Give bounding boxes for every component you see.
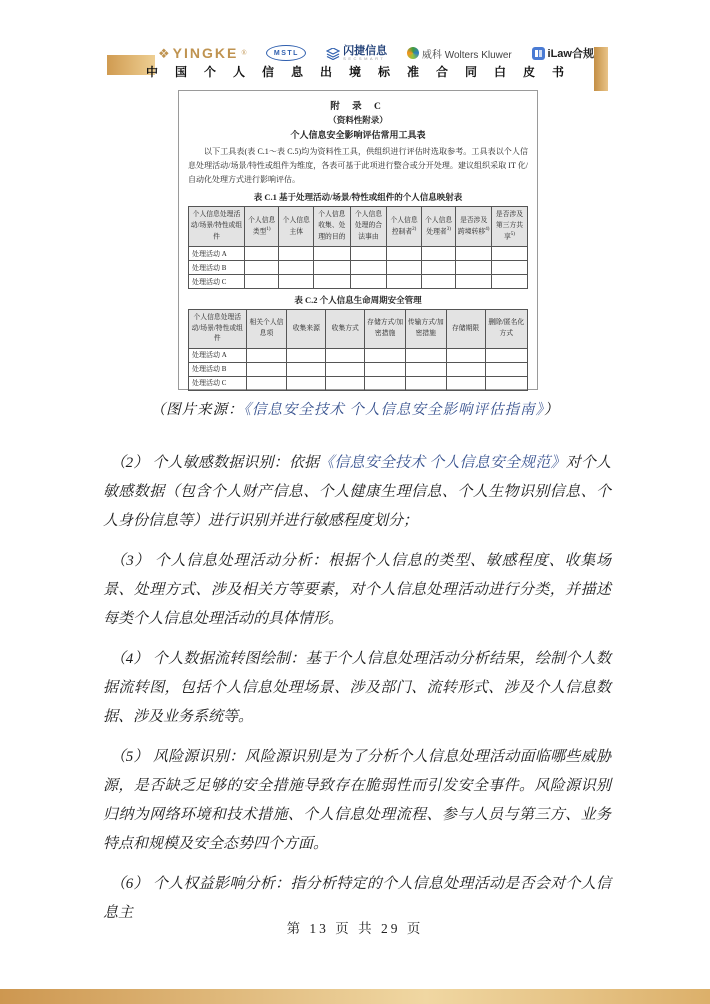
table-cell [387,247,422,261]
table-cell [365,362,406,376]
gold-accent-bar-bottom [0,989,710,1004]
appendix-type: （资料性附录） [188,114,528,126]
paragraph-3: （3） 个人信息处理活动分析：根据个人信息的类型、敏感程度、收集场景、处理方式、… [103,547,611,634]
table-c1-header: 个人信息控制者2) [387,207,422,247]
table-c2: 个人信息处理活动/场景/特性或组件 相关个人信息项 收集来源 收集方式 存储方式… [188,309,528,391]
table-c2-header-row: 个人信息处理活动/场景/特性或组件 相关个人信息项 收集来源 收集方式 存储方式… [189,310,528,349]
table-cell [491,275,527,289]
body-text: （2） 个人敏感数据识别：依据《信息安全技术 个人信息安全规范》对个人敏感数据（… [103,449,611,939]
paragraph-4: （4） 个人数据流转图绘制：基于个人信息处理活动分析结果，绘制个人数据流转图，包… [103,645,611,732]
table-c1-header: 个人信息类型1) [244,207,279,247]
table-cell [287,348,326,362]
table-cell [279,275,314,289]
table-cell [485,348,527,362]
table-row: 处理活动 B [189,261,528,275]
table-cell [350,275,387,289]
table-cell [421,261,456,275]
table-cell [387,261,422,275]
table-cell [405,348,446,362]
table-c1-header: 是否涉及跨境转移4) [456,207,492,247]
standard-title-link: 《信息安全技术 个人信息安全规范》 [319,455,565,471]
registered-mark: ® [241,49,246,57]
table-cell [244,247,279,261]
table-c1: 个人信息处理活动/场景/特性或组件 个人信息类型1) 个人信息主体 个人信息收集… [188,206,528,289]
table-cell [279,261,314,275]
table-c2-header: 存储方式/加密措施 [365,310,406,349]
table-cell [421,247,456,261]
yingke-logo: ❖ YINGKE ® [158,45,247,61]
wolters-kluwer-logo-text: 威科 Wolters Kluwer [422,46,512,61]
table-cell [421,275,456,289]
table-cell [365,348,406,362]
wolters-kluwer-logo: 威科 Wolters Kluwer [407,46,512,61]
table-cell [350,247,387,261]
table-c2-header: 收集来源 [287,310,326,349]
row-label: 处理活动 B [189,362,247,376]
mstl-oval-badge: MSTL [266,45,306,61]
secsmart-logo-subtext: SECSMART [343,57,387,61]
table-cell [387,275,422,289]
table-cell [405,376,446,390]
gem-icon: ❖ [158,47,170,60]
table-cell [456,247,492,261]
wolters-kluwer-wheel-icon [407,47,419,59]
table-cell [326,348,365,362]
row-label: 处理活动 C [189,275,245,289]
document-page: ❖ YINGKE ® MSTL 闪捷信息 SECSMART 威科 Wolters… [0,0,710,1004]
table-cell [446,376,485,390]
secsmart-logo: 闪捷信息 SECSMART [326,45,387,61]
table-c2-header: 存储期限 [446,310,485,349]
table-cell [287,362,326,376]
table-c1-header: 个人信息处理的合法事由 [350,207,387,247]
table-cell [491,261,527,275]
mstl-logo: MSTL [266,45,306,61]
ilaw-document-icon [532,47,545,60]
figure-source-caption: （图片来源：《信息安全技术 个人信息安全影响评估指南》） [0,398,710,419]
appendix-label: 附 录 C [188,98,528,112]
table-cell [246,376,287,390]
page-number: 第 13 页 共 29 页 [0,917,710,937]
table-cell [456,275,492,289]
row-label: 处理活动 C [189,376,247,390]
table-row: 处理活动 C [189,376,528,390]
table-cell [246,362,287,376]
table-cell [405,362,446,376]
table-c1-header: 个人信息收集、处理的目的 [314,207,351,247]
ilaw-logo: iLaw合规 [532,45,594,61]
table-c1-caption: 表 C.1 基于处理活动/场景/特性或组件的个人信息映射表 [188,191,528,203]
table-c2-caption: 表 C.2 个人信息生命周期安全管理 [188,294,528,306]
table-cell [244,275,279,289]
table-cell [485,362,527,376]
table-cell [485,376,527,390]
table-c2-header: 个人信息处理活动/场景/特性或组件 [189,310,247,349]
table-cell [287,376,326,390]
table-cell [326,362,365,376]
table-cell [350,261,387,275]
table-cell [446,348,485,362]
table-cell [244,261,279,275]
caption-suffix: ） [544,402,560,418]
table-c2-header: 删除/匿名化方式 [485,310,527,349]
layers-icon [326,47,340,59]
table-cell [365,376,406,390]
table-cell [314,247,351,261]
table-cell [456,261,492,275]
row-label: 处理活动 B [189,261,245,275]
caption-book-title: 《信息安全技术 个人信息安全影响评估指南》 [244,402,544,418]
document-header-title: 中国个人信息出境标准合同白皮书 [0,63,710,80]
table-row: 处理活动 C [189,275,528,289]
row-label: 处理活动 A [189,247,245,261]
table-cell [279,247,314,261]
table-row: 处理活动 A [189,247,528,261]
row-label: 处理活动 A [189,348,247,362]
paragraph-2: （2） 个人敏感数据识别：依据《信息安全技术 个人信息安全规范》对个人敏感数据（… [103,449,611,536]
table-cell [314,261,351,275]
table-row: 处理活动 A [189,348,528,362]
paragraph-5: （5） 风险源识别：风险源识别是为了分析个人信息处理活动面临哪些威胁源，是否缺乏… [103,743,611,859]
table-c2-header: 传输方式/加密措施 [405,310,446,349]
yingke-logo-text: YINGKE [173,45,239,61]
table-c1-header: 个人信息主体 [279,207,314,247]
table-c1-header: 是否涉及第三方共享5) [491,207,527,247]
table-cell [246,348,287,362]
appendix-intro: 以下工具表(表 C.1～表 C.5)均为资料性工具，供组织进行评估时选取参考。工… [188,145,528,186]
table-c1-header: 个人信息处理活动/场景/特性或组件 [189,207,245,247]
appendix-title: 个人信息安全影响评估常用工具表 [188,128,528,141]
table-c2-header: 收集方式 [326,310,365,349]
ilaw-logo-text: iLaw合规 [548,45,594,61]
table-cell [491,247,527,261]
caption-prefix: （图片来源： [151,402,244,418]
table-c1-header: 个人信息处理者3) [421,207,456,247]
table-cell [446,362,485,376]
table-cell [326,376,365,390]
table-cell [314,275,351,289]
appendix-figure: 附 录 C （资料性附录） 个人信息安全影响评估常用工具表 以下工具表(表 C.… [178,90,538,390]
logo-row: ❖ YINGKE ® MSTL 闪捷信息 SECSMART 威科 Wolters… [158,42,594,64]
table-row: 处理活动 B [189,362,528,376]
table-c1-header-row: 个人信息处理活动/场景/特性或组件 个人信息类型1) 个人信息主体 个人信息收集… [189,207,528,247]
table-c2-header: 相关个人信息项 [246,310,287,349]
